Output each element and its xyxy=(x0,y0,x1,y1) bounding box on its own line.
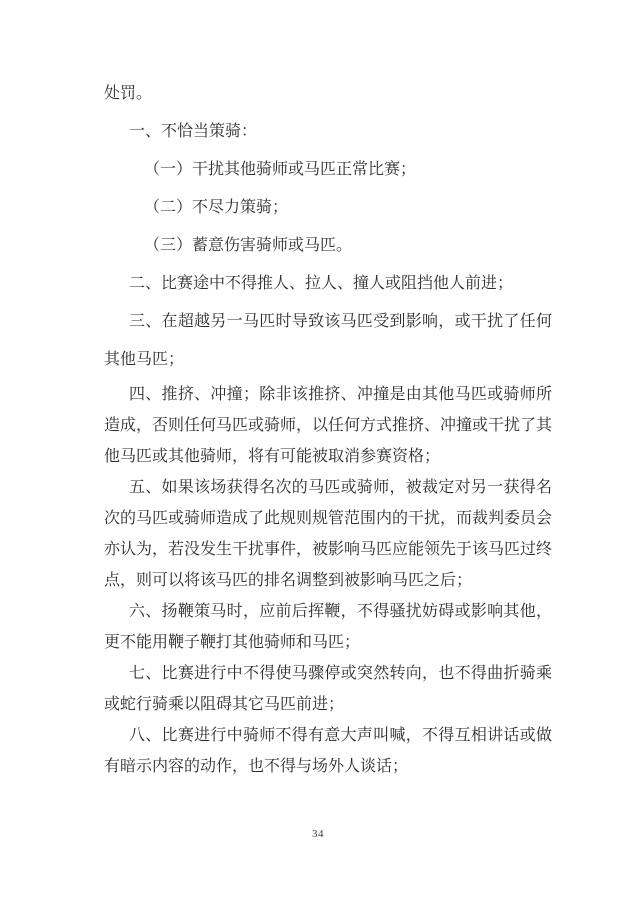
paragraph-11-item-8: 八、比赛进行中骑师不得有意大声叫喊，不得互相讲话或做有暗示内容的动作，也不得与场… xyxy=(104,720,552,782)
paragraph-9-item-6: 六、扬鞭策马时，应前后挥鞭，不得骚扰妨碍或影响其他，更不能用鞭子鞭打其他骑师和马… xyxy=(104,596,552,658)
paragraph-4-subitem-3: （三）蓄意伤害骑师或马匹。 xyxy=(104,227,552,265)
paragraph-3-subitem-2: （二）不尽力策骑； xyxy=(104,189,552,227)
document-page: 处罚。 一、不恰当策骑： （一）干扰其他骑师或马匹正常比赛； （二）不尽力策骑；… xyxy=(0,0,636,900)
paragraph-6-item-3: 三、在超越另一马匹时导致该马匹受到影响，或干扰了任何其他马匹； xyxy=(104,303,552,379)
paragraph-10-item-7: 七、比赛进行中不得使马骤停或突然转向，也不得曲折骑乘或蛇行骑乘以阻碍其它马匹前进… xyxy=(104,658,552,720)
paragraph-0-intro-tail: 处罚。 xyxy=(104,75,552,113)
page-number: 34 xyxy=(0,827,636,841)
paragraph-2-subitem-1: （一）干扰其他骑师或马匹正常比赛； xyxy=(104,151,552,189)
paragraph-1-item-1: 一、不恰当策骑： xyxy=(104,113,552,151)
paragraph-5-item-2: 二、比赛途中不得推人、拉人、撞人或阻挡他人前进； xyxy=(104,265,552,303)
document-body: 处罚。 一、不恰当策骑： （一）干扰其他骑师或马匹正常比赛； （二）不尽力策骑；… xyxy=(104,75,552,782)
paragraph-8-item-5: 五、如果该场获得名次的马匹或骑师，被裁定对另一获得名次的马匹或骑师造成了此规则规… xyxy=(104,472,552,596)
paragraph-7-item-4: 四、推挤、冲撞；除非该推挤、冲撞是由其他马匹或骑师所造成，否则任何马匹或骑师，以… xyxy=(104,379,552,472)
